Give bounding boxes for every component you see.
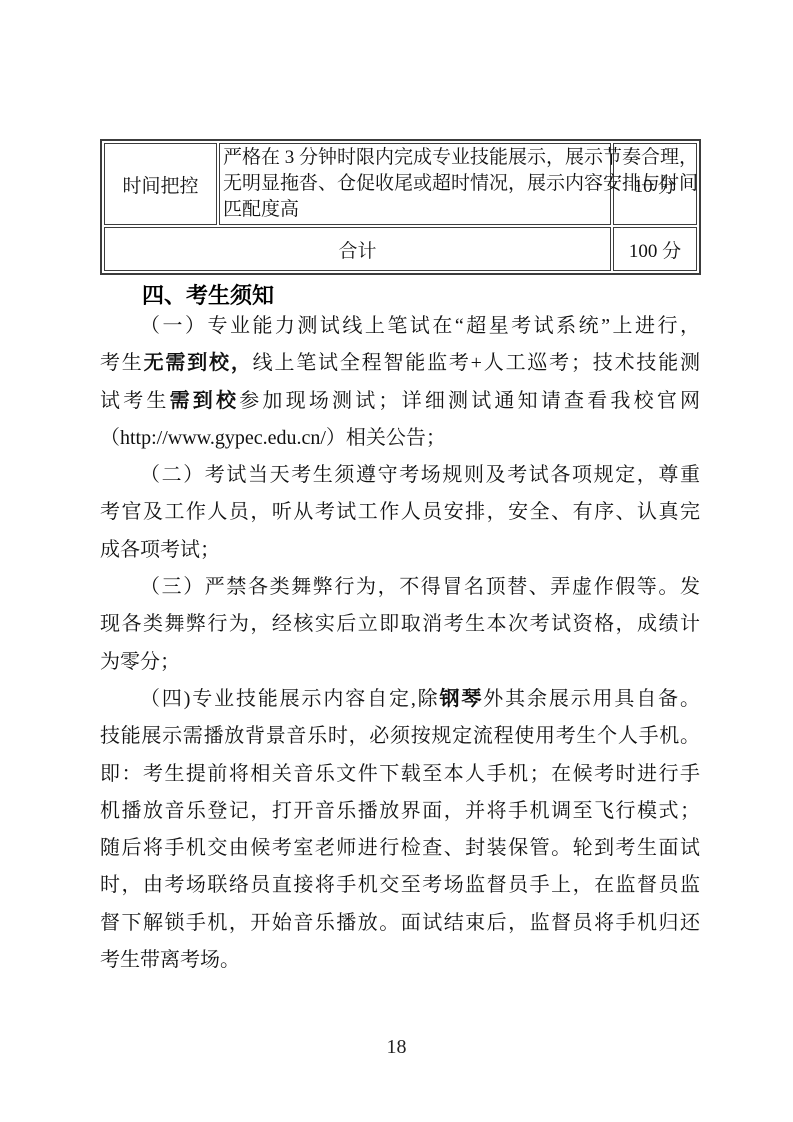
body-line: 考生无需到校，线上笔试全程智能监考+人工巡考；技术技能测 [100, 345, 700, 382]
text-run: 技能展示需播放背景音乐时，必须按规定流程使用考生个人手机。 [100, 725, 700, 747]
total-score-cell: 100 分 [613, 227, 697, 271]
text-run: 试考生 [100, 390, 170, 412]
text-run: 线上笔试全程智能监考+人工巡考；技术技能测 [253, 352, 700, 374]
bold-text-run: 钢琴 [440, 688, 484, 710]
text-run: 即：考生提前将相关音乐文件下载至本人手机；在候考时进行手 [100, 763, 700, 785]
bold-text-run: 需到校 [170, 390, 240, 412]
body-line: （三）严禁各类舞弊行为，不得冒名顶替、弄虚作假等。发 [100, 569, 700, 606]
text-run: 参加现场测试；详细测试通知请查看我校官网 [239, 390, 700, 412]
text-run: 督下解锁手机，开始音乐播放。面试结束后，监督员将手机归还 [100, 912, 700, 934]
criterion-desc-line: 匹配度高 [223, 197, 607, 223]
criterion-desc-cell: 严格在 3 分钟时限内完成专业技能展示，展示节奏合理， 无明显拖沓、仓促收尾或超… [219, 143, 611, 225]
text-run: 现各类舞弊行为，经核实后立即取消考生本次考试资格，成绩计 [100, 613, 700, 635]
text-run: （一）专业能力测试线上笔试在“超星考试系统”上进行， [140, 315, 700, 337]
page-number: 18 [0, 1036, 793, 1059]
body-line: 成各项考试； [100, 532, 700, 569]
body-line: 即：考生提前将相关音乐文件下载至本人手机；在候考时进行手 [100, 756, 700, 793]
table-row: 合计 100 分 [104, 227, 697, 271]
body-line: （http://www.gypec.edu.cn/）相关公告； [100, 420, 700, 457]
score-table: 时间把控 严格在 3 分钟时限内完成专业技能展示，展示节奏合理， 无明显拖沓、仓… [100, 139, 701, 275]
body-line: 考官及工作人员，听从考试工作人员安排，安全、有序、认真完 [100, 494, 700, 531]
paragraph: （二）考试当天考生须遵守考场规则及考试各项规定，尊重考官及工作人员，听从考试工作… [100, 457, 700, 569]
total-label-cell: 合计 [104, 227, 611, 271]
body-line: 时，由考场联络员直接将手机交至考场监督员手上，在监督员监 [100, 867, 700, 904]
text-run: 为零分； [100, 651, 180, 673]
paragraph: （四)专业技能展示内容自定,除钢琴外其余展示用具自备。技能展示需播放背景音乐时，… [100, 681, 700, 979]
body-line: 考生带离考场。 [100, 942, 700, 979]
body-line: 现各类舞弊行为，经核实后立即取消考生本次考试资格，成绩计 [100, 606, 700, 643]
table-row: 时间把控 严格在 3 分钟时限内完成专业技能展示，展示节奏合理， 无明显拖沓、仓… [104, 143, 697, 225]
criterion-desc-line: 严格在 3 分钟时限内完成专业技能展示，展示节奏合理， [223, 145, 607, 171]
body-line: （一）专业能力测试线上笔试在“超星考试系统”上进行， [100, 308, 700, 345]
paragraph: （三）严禁各类舞弊行为，不得冒名顶替、弄虚作假等。发现各类舞弊行为，经核实后立即… [100, 569, 700, 681]
criterion-desc: 严格在 3 分钟时限内完成专业技能展示，展示节奏合理， 无明显拖沓、仓促收尾或超… [222, 145, 608, 223]
section-heading: 四、考生须知 [100, 281, 700, 311]
body-line: 随后将手机交由候考室老师进行检查、封装保管。轮到考生面试 [100, 830, 700, 867]
criterion-desc-line: 无明显拖沓、仓促收尾或超时情况，展示内容安排与时间 [223, 171, 607, 197]
text-run: （三）严禁各类舞弊行为，不得冒名顶替、弄虚作假等。发 [140, 576, 700, 598]
text-run: 机播放音乐登记，打开音乐播放界面，并将手机调至飞行模式； [100, 800, 700, 822]
body-line: 为零分； [100, 644, 700, 681]
paragraph: （一）专业能力测试线上笔试在“超星考试系统”上进行，考生无需到校，线上笔试全程智… [100, 308, 700, 457]
body-line: 技能展示需播放背景音乐时，必须按规定流程使用考生个人手机。 [100, 718, 700, 755]
text-run: 考生 [100, 352, 144, 374]
text-run: 外其余展示用具自备。 [483, 688, 700, 710]
criterion-label-cell: 时间把控 [104, 143, 217, 225]
body-line: 督下解锁手机，开始音乐播放。面试结束后，监督员将手机归还 [100, 905, 700, 942]
text-run: 考生带离考场。 [100, 949, 240, 971]
body-paragraphs: （一）专业能力测试线上笔试在“超星考试系统”上进行，考生无需到校，线上笔试全程智… [100, 308, 700, 979]
body-line: （二）考试当天考生须遵守考场规则及考试各项规定，尊重 [100, 457, 700, 494]
body-line: 机播放音乐登记，打开音乐播放界面，并将手机调至飞行模式； [100, 793, 700, 830]
text-run: 考官及工作人员，听从考试工作人员安排，安全、有序、认真完 [100, 501, 700, 523]
text-run: （四)专业技能展示内容自定,除 [140, 688, 440, 710]
bold-text-run: 无需到校， [144, 352, 253, 374]
text-run: 成各项考试； [100, 539, 220, 561]
body-line: 试考生需到校参加现场测试；详细测试通知请查看我校官网 [100, 383, 700, 420]
text-run: （二）考试当天考生须遵守考场规则及考试各项规定，尊重 [140, 464, 700, 486]
text-run: （http://www.gypec.edu.cn/）相关公告； [100, 427, 446, 449]
text-run: 时，由考场联络员直接将手机交至考场监督员手上，在监督员监 [100, 874, 700, 896]
text-run: 随后将手机交由候考室老师进行检查、封装保管。轮到考生面试 [100, 837, 700, 859]
body-line: （四)专业技能展示内容自定,除钢琴外其余展示用具自备。 [100, 681, 700, 718]
document-page: 时间把控 严格在 3 分钟时限内完成专业技能展示，展示节奏合理， 无明显拖沓、仓… [0, 0, 793, 1122]
